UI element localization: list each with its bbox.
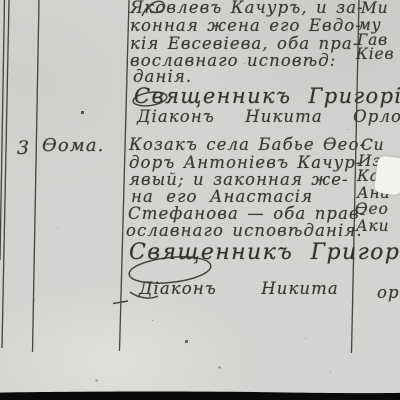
entry1-parents-line-2: конная жена его Евдо- (130, 16, 362, 35)
entry2-right-column-fragment: Ѳео (355, 200, 389, 218)
entry1-right-column-fragment: Ми (361, 0, 388, 17)
register-page-scan: Яковлевъ Качуръ, и за- конная жена его Е… (0, 0, 400, 400)
entry1-priest-signature: Священникъ Григорій (134, 84, 400, 108)
entry2-right-column-fragment: Аки (356, 217, 389, 235)
entry2-deacon-signature-fragment: ор (377, 283, 400, 302)
entry1-right-column-fragment: Кіев (356, 45, 394, 63)
entry2-parents-line-1: Козакъ села Бабье Ѳео- (129, 135, 366, 154)
paper-repair-patch (374, 155, 400, 195)
entry2-record-number: 3 (17, 137, 30, 159)
margin-rule-outer (0, 0, 5, 260)
entry1-deacon-signature: Діаконъ Никита Орлов (137, 107, 400, 126)
column-rule-name (120, 0, 130, 351)
scan-bottom-edge-band (0, 391, 400, 400)
entry2-parents-line-6: ославнаго исповѣданія. (126, 221, 363, 240)
entry2-priest-signature: Священникъ Григорій (129, 240, 400, 265)
paper-speck-texture (0, 0, 1, 1)
entry1-parents-line-1: Яковлевъ Качуръ, и за- (130, 0, 364, 17)
entry2-child-name: Ѳома. (42, 135, 104, 156)
column-rule-number (33, 0, 40, 352)
entry2-deacon-signature: Діаконъ Никита (139, 279, 339, 298)
